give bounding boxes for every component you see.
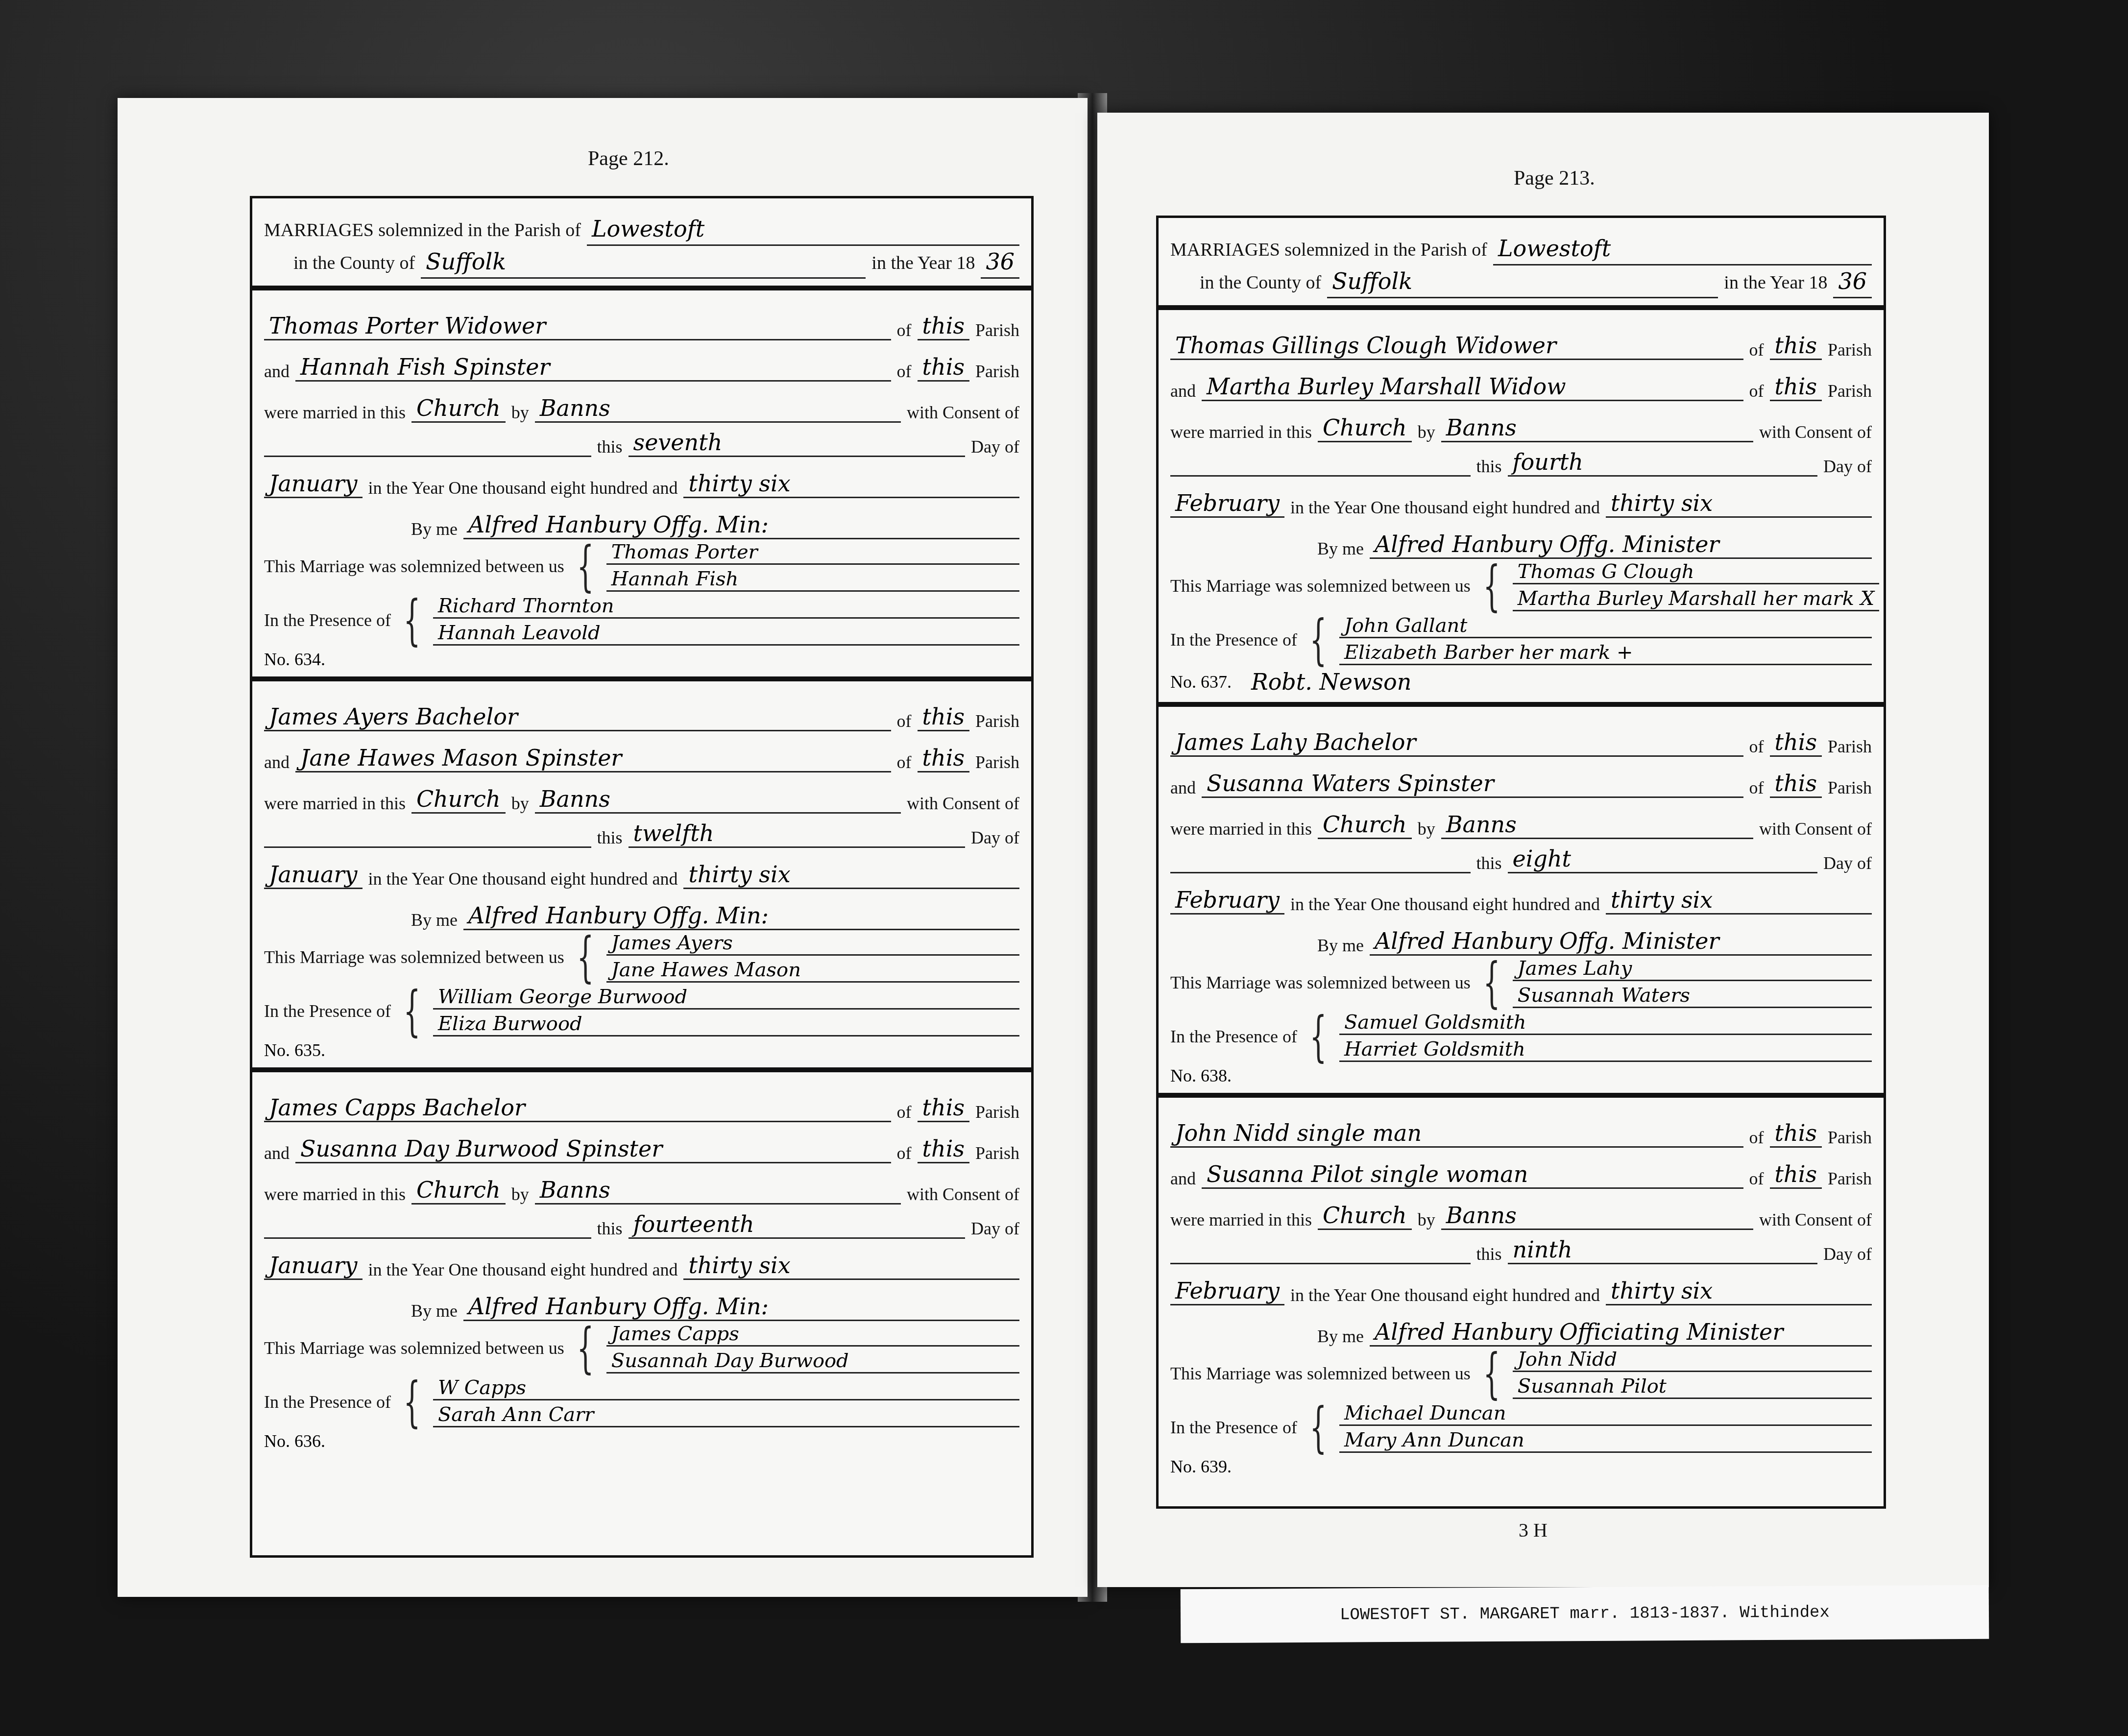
entry-number: 638 [1201,1066,1227,1085]
bride-parish: this [918,745,969,772]
groom-parish: this [1770,1120,1822,1148]
label-by-me: By me [1317,935,1364,956]
entry-number-label: No. 638. [1170,1065,1232,1086]
label-parish: Parish [975,711,1019,731]
witness-2: Eliza Burwood [433,1013,1019,1037]
groom-parish: this [918,1094,969,1122]
marriage-month: February [1170,887,1284,915]
bride-name: Susanna Pilot single woman [1202,1161,1743,1189]
bride-signature: Susannah Day Burwood [606,1350,1019,1374]
marriage-year-words: thirty six [683,861,1019,889]
marriage-register-form: MARRIAGES solemnized in the Parish of Lo… [250,196,1034,1558]
groom-parish: this [918,703,969,731]
label-parish: Parish [1828,1127,1872,1148]
label-of: of [1749,339,1764,360]
entry-number-label: No. 635. [264,1040,325,1061]
register-header: MARRIAGES solemnized in the Parish of Lo… [252,198,1031,290]
label-parish: Parish [975,752,1019,772]
label-presence: In the Presence of [264,1392,391,1412]
label-this: this [1476,853,1502,873]
brace-glyph: { [1309,1400,1327,1454]
header-printed-county: in the County of [293,247,415,279]
brace-glyph: { [1309,613,1327,667]
label-and: and [1170,1168,1196,1189]
marriage-method: Banns [1441,1202,1753,1230]
witness-1: John Gallant [1339,614,1872,638]
marriage-place: Church [411,1177,506,1205]
groom-name: James Lahy Bachelor [1170,729,1743,757]
marriage-entry: Thomas Porter Widower of this Parish and… [252,290,1031,681]
entry-number-label: No. 639. [1170,1456,1232,1477]
bride-parish: this [1770,770,1822,798]
witness-2: Sarah Ann Carr [433,1403,1019,1427]
header-printed-county: in the County of [1200,267,1321,298]
label-year-text: in the Year One thousand eight hundred a… [1290,894,1600,915]
label-between-us: This Marriage was solemnized between us [1170,972,1471,993]
label-between-us: This Marriage was solemnized between us [264,1338,564,1358]
label-year-text: in the Year One thousand eight hundred a… [368,478,678,498]
marriage-month: January [264,861,363,889]
officiant: Alfred Hanbury Offg. Minister [1370,531,1872,559]
label-parish: Parish [1828,736,1872,757]
marriage-day: ninth [1508,1236,1818,1264]
header-printed-parish: MARRIAGES solemnized in the Parish of [264,215,581,246]
label-by-me: By me [1317,1326,1364,1347]
label-and: and [264,752,290,772]
bride-parish: this [1770,1161,1822,1189]
groom-signature: John Nidd [1513,1348,1872,1372]
label-married-in: were married in this [1170,422,1312,442]
signature-mark: 3 H [1519,1519,1548,1542]
consent-line [1170,1263,1471,1264]
bride-parish: this [918,1135,969,1163]
label-presence: In the Presence of [264,1001,391,1021]
bride-signature: Hannah Fish [606,568,1019,592]
year-suffix: 36 [1833,265,1872,298]
parish-name: Lowestoft [587,213,1019,246]
label-by: by [511,402,529,423]
label-this: this [1476,1244,1502,1264]
marriage-place: Church [1318,811,1412,839]
witness-1: W Capps [433,1376,1019,1400]
marriage-entry: James Ayers Bachelor of this Parish and … [252,681,1031,1072]
county-name: Suffolk [421,246,866,279]
label-day-of: Day of [1823,853,1872,873]
marriage-month: February [1170,490,1284,518]
bride-name: Hannah Fish Spinster [295,354,891,382]
label-married-in: were married in this [264,793,406,814]
label-of: of [897,711,912,731]
groom-signature: James Lahy [1513,957,1872,981]
entry-number-label: No. 634. [264,649,325,670]
page-212: Page 212. MARRIAGES solemnized in the Pa… [118,98,1088,1597]
groom-signature: Thomas Porter [606,541,1019,565]
label-parish: Parish [975,320,1019,340]
marriage-method: Banns [535,1177,901,1205]
label-by-me: By me [411,1301,458,1321]
groom-name: James Capps Bachelor [264,1094,891,1122]
officiant: Alfred Hanbury Offg. Min: [463,902,1019,930]
officiant: Alfred Hanbury Offg. Minister [1370,928,1872,956]
marriage-year-words: thirty six [683,1252,1019,1280]
groom-signature: James Capps [606,1323,1019,1347]
bride-signature: Susannah Pilot [1513,1375,1872,1399]
bride-signature: Martha Burley Marshall her mark X [1513,587,1879,611]
label-between-us: This Marriage was solemnized between us [1170,1363,1471,1384]
marriage-day: fourteenth [629,1211,966,1239]
label-parish: Parish [1828,339,1872,360]
marriage-place: Church [1318,1202,1412,1230]
groom-name: Thomas Porter Widower [264,313,891,340]
groom-name: Thomas Gillings Clough Widower [1170,332,1743,360]
marriage-register-form: MARRIAGES solemnized in the Parish of Lo… [1156,216,1886,1509]
label-of: of [1749,777,1764,798]
label-day-of: Day of [971,436,1019,457]
label-and: and [264,361,290,382]
marriage-method: Banns [1441,811,1753,839]
witness-1: Michael Duncan [1339,1402,1872,1426]
label-by: by [1418,422,1435,442]
officiant: Alfred Hanbury Offg. Min: [463,1293,1019,1321]
label-this: this [1476,456,1502,477]
witness-1: Richard Thornton [433,595,1019,619]
label-year-text: in the Year One thousand eight hundred a… [368,1259,678,1280]
consent-line [264,1237,591,1239]
label-parish: Parish [1828,777,1872,798]
entry-number: 637 [1201,672,1227,692]
groom-signature: Thomas G Clough [1513,560,1879,584]
label-day-of: Day of [1823,1244,1872,1264]
label-and: and [264,1143,290,1163]
marriage-method: Banns [535,395,901,423]
consent-line [264,456,591,457]
additional-witness: Robt. Newson [1246,669,1416,695]
label-by: by [511,1184,529,1205]
bride-name: Jane Hawes Mason Spinster [295,745,891,772]
entry-number: 635 [294,1040,321,1060]
label-and: and [1170,777,1196,798]
consent-line [1170,872,1471,873]
bride-signature: Susannah Waters [1513,984,1872,1008]
brace-glyph: { [1309,1010,1327,1063]
label-of: of [1749,1168,1764,1189]
brace-glyph: { [1483,956,1500,1010]
microfilm-catalog-label: LOWESTOFT ST. MARGARET marr. 1813-1837. … [1181,1585,1989,1643]
label-of: of [1749,381,1764,401]
header-printed-year: in the Year 18 [871,247,975,279]
groom-parish: this [918,313,969,340]
page-number: Page 212. [588,147,669,170]
officiant: Alfred Hanbury Officiating Minister [1370,1319,1872,1347]
marriage-method: Banns [535,786,901,814]
label-and: and [1170,381,1196,401]
consent-line [1170,475,1471,477]
marriage-entry: James Capps Bachelor of this Parish and … [252,1072,1031,1458]
witness-2: Hannah Leavold [433,622,1019,646]
label-consent: with Consent of [1759,1209,1872,1230]
brace-glyph: { [403,1375,420,1429]
label-year-text: in the Year One thousand eight hundred a… [1290,497,1600,518]
marriage-month: February [1170,1278,1284,1305]
brace-glyph: { [577,539,594,593]
label-of: of [1749,1127,1764,1148]
label-by-me: By me [411,910,458,930]
marriage-place: Church [1318,414,1412,442]
marriage-entry: James Lahy Bachelor of this Parish and S… [1159,707,1884,1098]
brace-glyph: { [1483,1347,1500,1400]
marriage-month: January [264,470,363,498]
bride-signature: Jane Hawes Mason [606,959,1019,983]
bride-name: Susanna Waters Spinster [1202,770,1743,798]
label-presence: In the Presence of [1170,629,1297,650]
label-of: of [1749,736,1764,757]
label-year-text: in the Year One thousand eight hundred a… [368,868,678,889]
entry-number: 636 [294,1431,321,1451]
label-by: by [1418,819,1435,839]
marriage-method: Banns [1441,414,1753,442]
label-by: by [511,793,529,814]
marriage-day: seventh [629,429,966,457]
label-this: this [597,1218,623,1239]
label-by-me: By me [411,519,458,539]
label-consent: with Consent of [1759,819,1872,839]
brace-glyph: { [577,1321,594,1375]
entry-number-label: No. 637. [1170,672,1232,692]
groom-name: John Nidd single man [1170,1120,1743,1148]
label-married-in: were married in this [1170,819,1312,839]
marriage-year-words: thirty six [1606,887,1872,915]
header-printed-year: in the Year 18 [1724,267,1827,298]
label-this: this [597,436,623,457]
label-consent: with Consent of [1759,422,1872,442]
marriage-entry: John Nidd single man of this Parish and … [1159,1098,1884,1484]
label-of: of [897,752,912,772]
parish-name: Lowestoft [1493,233,1872,265]
bride-name: Martha Burley Marshall Widow [1202,373,1743,401]
marriage-day: eight [1508,845,1818,873]
label-of: of [897,1143,912,1163]
label-married-in: were married in this [264,402,406,423]
label-by: by [1418,1209,1435,1230]
brace-glyph: { [403,984,420,1038]
marriage-year-words: thirty six [1606,490,1872,518]
label-of: of [897,1102,912,1122]
label-parish: Parish [975,1143,1019,1163]
brace-glyph: { [577,930,594,984]
groom-parish: this [1770,729,1822,757]
label-presence: In the Presence of [1170,1026,1297,1047]
witness-2: Elizabeth Barber her mark + [1339,641,1872,665]
label-by-me: By me [1317,538,1364,559]
page-213: Page 213. MARRIAGES solemnized in the Pa… [1097,113,1989,1587]
bride-name: Susanna Day Burwood Spinster [295,1135,891,1163]
register-header: MARRIAGES solemnized in the Parish of Lo… [1159,218,1884,310]
witness-1: William George Burwood [433,986,1019,1010]
groom-name: James Ayers Bachelor [264,703,891,731]
label-of: of [897,320,912,340]
bride-parish: this [1770,373,1822,401]
header-printed-parish: MARRIAGES solemnized in the Parish of [1170,234,1487,265]
witness-1: Samuel Goldsmith [1339,1011,1872,1035]
marriage-month: January [264,1252,363,1280]
label-year-text: in the Year One thousand eight hundred a… [1290,1285,1600,1305]
label-parish: Parish [1828,1168,1872,1189]
groom-parish: this [1770,332,1822,360]
bride-parish: this [918,354,969,382]
marriage-place: Church [411,786,506,814]
officiant: Alfred Hanbury Offg. Min: [463,511,1019,539]
brace-glyph: { [403,593,420,647]
label-married-in: were married in this [1170,1209,1312,1230]
label-consent: with Consent of [907,793,1019,814]
label-parish: Parish [975,1102,1019,1122]
label-consent: with Consent of [907,1184,1019,1205]
label-day-of: Day of [971,1218,1019,1239]
label-between-us: This Marriage was solemnized between us [1170,576,1471,596]
label-presence: In the Presence of [264,610,391,630]
marriage-year-words: thirty six [1606,1278,1872,1305]
label-presence: In the Presence of [1170,1417,1297,1438]
label-this: this [597,827,623,848]
label-consent: with Consent of [907,402,1019,423]
label-day-of: Day of [1823,456,1872,477]
entry-number-label: No. 636. [264,1431,325,1451]
witness-2: Harriet Goldsmith [1339,1038,1872,1062]
page-number: Page 213. [1514,167,1595,190]
label-between-us: This Marriage was solemnized between us [264,556,564,577]
county-name: Suffolk [1327,265,1718,298]
marriage-entry: Thomas Gillings Clough Widower of this P… [1159,310,1884,707]
label-parish: Parish [975,361,1019,382]
witness-2: Mary Ann Duncan [1339,1429,1872,1453]
marriage-place: Church [411,395,506,423]
entry-number: 639 [1201,1457,1227,1476]
label-parish: Parish [1828,381,1872,401]
consent-line [264,846,591,848]
groom-signature: James Ayers [606,932,1019,956]
year-suffix: 36 [981,246,1019,279]
marriage-day: fourth [1508,449,1818,477]
entry-number: 634 [294,650,321,669]
label-married-in: were married in this [264,1184,406,1205]
label-between-us: This Marriage was solemnized between us [264,947,564,967]
label-of: of [897,361,912,382]
label-day-of: Day of [971,827,1019,848]
marriage-day: twelfth [629,820,966,848]
brace-glyph: { [1483,559,1500,613]
marriage-year-words: thirty six [683,470,1019,498]
